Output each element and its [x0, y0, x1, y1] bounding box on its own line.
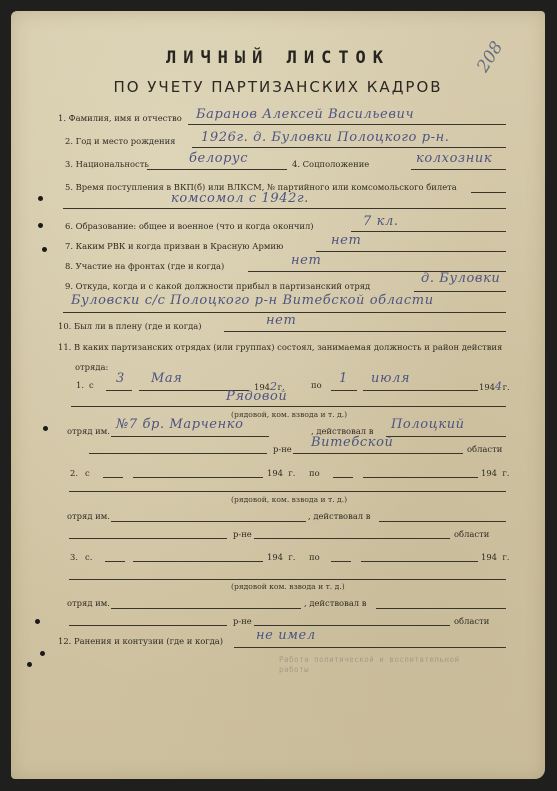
service-3-detachment-label: отряд им.: [67, 598, 110, 608]
service-2-from-day-line: [103, 477, 123, 478]
service-1-position-line: [71, 406, 506, 407]
field-7-label: 7. Каким РВК и когда призван в Красную А…: [65, 241, 283, 251]
service-2-acted-label: , действовал в: [308, 511, 371, 521]
service-1-detachment-line: [111, 436, 269, 437]
service-1-from-prefix: с: [89, 380, 94, 390]
service-1-district-label: р-не: [273, 444, 292, 454]
service-1-region-line: [293, 453, 463, 454]
service-2-district-label: р-не: [233, 529, 252, 539]
bleed-through-text-line1: Работа политической и воспитательной: [279, 655, 460, 664]
field-10-line: [224, 331, 506, 332]
service-1-to-month-line: [363, 390, 478, 391]
bleed-through-text-line2: работы: [279, 665, 309, 674]
page-title: ЛИЧНЫЙ ЛИСТОК: [11, 48, 545, 68]
field-4-label: 4. Соцположение: [292, 159, 369, 169]
service-2-from-year-prefix: 194: [267, 468, 283, 478]
punch-hole: [43, 426, 48, 431]
service-1-from-month: Мая: [151, 371, 182, 386]
field-9-line-a: [414, 291, 506, 292]
field-3-value: белорус: [189, 151, 248, 166]
punch-hole: [27, 662, 32, 667]
field-9-value-line1: д. Буловки: [421, 271, 500, 286]
service-1-region: Витебской: [311, 435, 394, 450]
service-1-to-year-digit: 4: [495, 380, 503, 393]
service-2-district-line-a: [69, 538, 227, 539]
service-2-num: 2.: [70, 468, 78, 478]
service-2-to-day-line: [333, 477, 353, 478]
service-3-position-line: [69, 579, 506, 580]
field-8-value: нет: [291, 253, 321, 268]
service-1-to-prefix: по: [311, 380, 322, 390]
field-7-value: нет: [331, 233, 361, 248]
service-2-detachment-label: отряд им.: [67, 511, 110, 521]
field-3-line: [147, 169, 287, 170]
service-1-detachment-label: отряд им.: [67, 426, 110, 436]
service-1-detachment: №7 бр. Марченко: [116, 417, 244, 432]
punch-hole: [40, 651, 45, 656]
field-8-label: 8. Участие на фронтах (где и когда): [65, 261, 224, 271]
service-2-region-label: области: [454, 529, 489, 539]
punch-hole: [38, 223, 43, 228]
service-1-to-year-prefix: 194: [479, 382, 495, 392]
service-3-from-month-line: [133, 561, 263, 562]
service-3-region-line: [254, 625, 450, 626]
field-11-label-cont: отряда:: [75, 362, 108, 372]
service-2-acted-line: [379, 521, 506, 522]
service-3-from-year-suffix: г.: [288, 552, 295, 562]
service-1-position: Рядовой: [226, 389, 287, 404]
service-3-from-prefix: с.: [85, 552, 92, 562]
service-2-from-year-suffix: г.: [288, 468, 295, 478]
field-12-value: не имел: [256, 628, 316, 643]
service-1-to-day-line: [331, 390, 357, 391]
service-3-from-day-line: [105, 561, 125, 562]
service-2-from-prefix: с: [85, 468, 90, 478]
field-12-line: [234, 647, 506, 648]
service-1-to-year-suffix: г.: [503, 382, 510, 392]
service-3-acted-label: , действовал в: [304, 598, 367, 608]
service-3-from-year: 194 г.: [267, 552, 295, 562]
service-2-to-year-suffix: г.: [502, 468, 509, 478]
service-3-detachment-line: [111, 608, 301, 609]
field-4-line: [411, 169, 506, 170]
service-3-district-label: р-не: [233, 616, 252, 626]
service-1-from-day-line: [106, 390, 132, 391]
field-2-value: 1926г. д. Буловки Полоцкого р-н.: [201, 130, 450, 145]
field-2-label: 2. Год и место рождения: [65, 136, 175, 146]
scan-frame: ЛИЧНЫЙ ЛИСТОК ПО УЧЕТУ ПАРТИЗАНСКИХ КАДР…: [0, 0, 557, 791]
service-1-region-label: области: [467, 444, 502, 454]
field-7-line: [316, 251, 506, 252]
service-2-to-prefix: по: [309, 468, 320, 478]
service-1-district-line-a: [89, 453, 267, 454]
service-2-to-year: 194 г.: [481, 468, 509, 478]
service-2-detachment-line: [111, 521, 306, 522]
service-1-position-caption: (рядовой, ком. взвода и т. д.): [231, 410, 347, 419]
service-1-to-day: 1: [339, 371, 348, 386]
field-9-value-line2: Буловски с/с Полоцкого р-н Витебской обл…: [71, 293, 434, 308]
field-6-label: 6. Образование: общее и военное (что и к…: [65, 221, 314, 231]
field-6-line: [351, 231, 506, 232]
service-3-to-year-suffix: г.: [502, 552, 509, 562]
service-2-from-year: 194 г.: [267, 468, 295, 478]
service-1-acted-in: Полоцкий: [391, 417, 465, 432]
service-3-region-label: области: [454, 616, 489, 626]
field-5-line-a: [471, 192, 506, 193]
field-3-label: 3. Национальность: [65, 159, 149, 169]
service-3-to-year: 194 г.: [481, 552, 509, 562]
service-3-position-caption: (рядовой ком. взвода и т. д.): [231, 582, 345, 591]
field-4-value: колхозник: [416, 151, 492, 166]
service-3-num: 3.: [70, 552, 78, 562]
field-12-label: 12. Ранения и контузии (где и когда): [58, 636, 223, 646]
punch-hole: [42, 247, 47, 252]
service-1-to-year: 1944г.: [479, 380, 510, 393]
service-1-acted-line: [386, 436, 506, 437]
service-3-to-day-line: [331, 561, 351, 562]
service-3-to-year-prefix: 194: [481, 552, 497, 562]
field-1-label: 1. Фамилия, имя и отчество: [58, 113, 182, 123]
field-11-label: 11. В каких партизанских отрядах (или гр…: [58, 342, 502, 352]
service-2-to-month-line: [363, 477, 478, 478]
service-3-to-prefix: по: [309, 552, 320, 562]
field-9-label: 9. Откуда, когда и с какой должности при…: [65, 281, 370, 291]
field-1-value: Баранов Алексей Васильевич: [196, 107, 414, 122]
field-10-label: 10. Был ли в плену (где и когда): [58, 321, 202, 331]
field-5-value: комсомол с 1942г.: [171, 191, 309, 206]
service-3-to-month-line: [361, 561, 478, 562]
field-1-line: [188, 124, 506, 125]
service-2-position-caption: (рядовой, ком. взвода и т. д.): [231, 495, 347, 504]
document-page: ЛИЧНЫЙ ЛИСТОК ПО УЧЕТУ ПАРТИЗАНСКИХ КАДР…: [11, 11, 545, 779]
field-2-line: [192, 147, 506, 148]
service-1-num: 1.: [76, 380, 84, 390]
punch-hole: [35, 619, 40, 624]
service-1-from-day: 3: [116, 371, 125, 386]
service-3-from-year-prefix: 194: [267, 552, 283, 562]
service-2-from-month-line: [133, 477, 263, 478]
service-3-district-line-a: [69, 625, 227, 626]
field-6-value: 7 кл.: [363, 214, 399, 229]
service-2-position-line: [69, 491, 506, 492]
field-10-value: нет: [266, 313, 296, 328]
service-3-acted-line: [376, 608, 506, 609]
field-5-line-b: [63, 208, 506, 209]
service-2-to-year-prefix: 194: [481, 468, 497, 478]
service-2-region-line: [254, 538, 450, 539]
service-1-to-month: июля: [371, 371, 410, 386]
punch-hole: [38, 196, 43, 201]
page-subtitle: ПО УЧЕТУ ПАРТИЗАНСКИХ КАДРОВ: [11, 78, 545, 96]
